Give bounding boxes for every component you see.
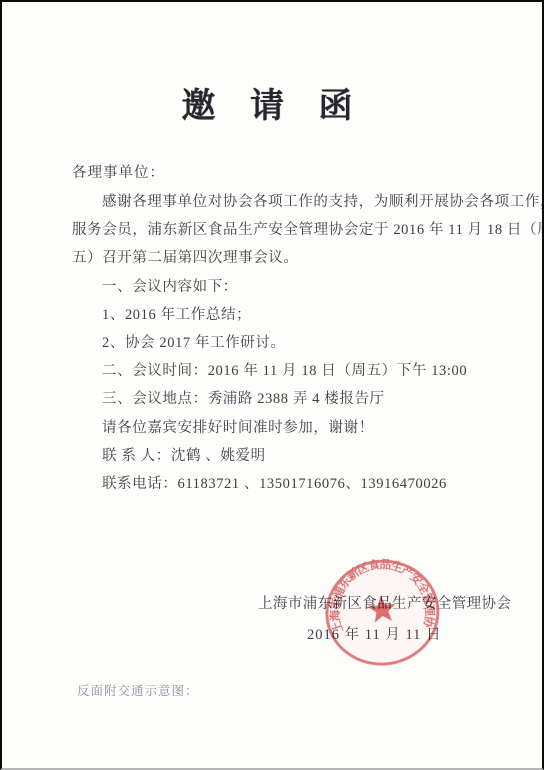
body-line: 三、会议地点：秀浦路 2388 弄 4 楼报告厅 <box>72 385 492 413</box>
letter-body: 感谢各理事单位对协会各项工作的支持，为顺利开展协会各项工作， 服务会员，浦东新区… <box>72 188 492 498</box>
scanned-invitation-letter: 邀 请 函 各理事单位： 感谢各理事单位对协会各项工作的支持，为顺利开展协会各项… <box>0 0 544 770</box>
footer-note: 反面附交通示意图： <box>77 681 199 699</box>
body-line: 一、会议内容如下： <box>72 273 492 301</box>
salutation-line: 各理事单位： <box>72 161 165 182</box>
body-line: 联系电话：61183721 、13501716076、13916470026 <box>72 470 492 498</box>
body-line: 1、2016 年工作总结； <box>72 301 492 329</box>
body-line: 服务会员，浦东新区食品生产安全管理协会定于 2016 年 11 月 18 日（周 <box>72 216 492 244</box>
body-line: 二、会议时间：2016 年 11 月 18 日（周五）下午 13:00 <box>72 357 492 385</box>
body-line: 请各位嘉宾安排好时间准时参加，谢谢！ <box>72 414 492 442</box>
body-line: 五）召开第二届第四次理事会议。 <box>72 244 492 272</box>
document-title: 邀 请 函 <box>0 78 538 127</box>
body-line: 联 系 人：沈鹤 、姚爱明 <box>72 442 492 470</box>
body-line: 感谢各理事单位对协会各项工作的支持，为顺利开展协会各项工作， <box>72 188 492 216</box>
official-seal-stamp: 上海市浦东新区食品生产安全管理协会 <box>311 550 457 687</box>
body-line: 2、协会 2017 年工作研讨。 <box>72 329 492 357</box>
